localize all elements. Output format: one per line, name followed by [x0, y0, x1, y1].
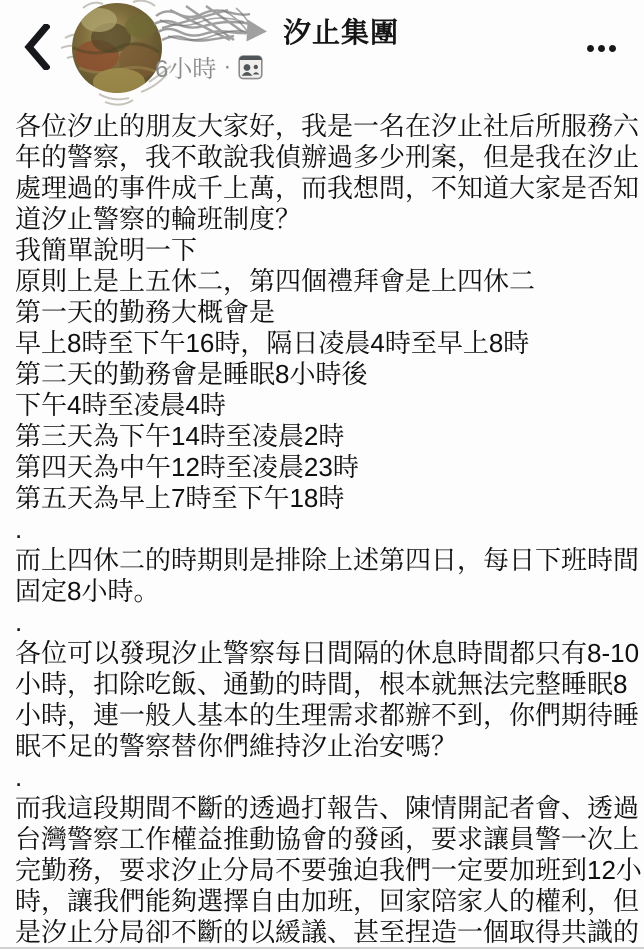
post-text-line: 時，讓我們能夠選擇自由加班，回家陪家人的權利，但 — [15, 886, 644, 917]
post-text-line: 第五天為早上7時至下午18時 — [15, 483, 644, 514]
post-text-line: 第三天為下午14時至凌晨2時 — [15, 421, 644, 452]
redacted-author-name — [152, 2, 260, 52]
avatar-paint-patches — [73, 8, 159, 96]
post-text-line: 早上8時至下午16時，隔日凌晨4時至早上8時 — [15, 328, 644, 359]
shared-to-arrow-icon — [246, 19, 267, 42]
post-text-line: 而上四休二的時期則是排除上述第四日，每日下班時間 — [15, 545, 644, 576]
post-text-line: 小時，扣除吃飯、通勤的時間，根本就無法完整睡眠8 — [15, 669, 644, 700]
ellipsis-dot — [587, 45, 594, 52]
post-text-line: 年的警察，我不敢說我偵辦過多少刑案，但是我在汐止 — [15, 142, 644, 173]
post-text-line: 第二天的勤務會是睡眠8小時後 — [15, 359, 644, 390]
post-text-line: 處理過的事件成千上萬，而我想問，不知道大家是否知 — [15, 173, 644, 204]
post-text-line: 我簡單說明一下 — [15, 235, 644, 266]
post-text-line: 是汐止分局卻不斷的以緩議、甚至捏造一個取得共識的 — [15, 917, 644, 948]
post-text-line: 各位汐止的朋友大家好，我是一名在汐止社后所服務六 — [15, 111, 644, 142]
post-text-line: . — [15, 607, 644, 638]
timestamp: 6小時 — [155, 49, 216, 84]
more-options-button[interactable] — [583, 41, 620, 56]
group-name-link[interactable]: 汐止集團 — [283, 11, 399, 51]
post-text-line: 小時，連一般人基本的生理需求都辦不到，你們期待睡 — [15, 700, 644, 731]
post-text-line: 第一天的勤務大概會是 — [15, 297, 644, 328]
post-text-line: 台灣警察工作權益推動協會的發函，要求讓員警一次上 — [15, 824, 644, 855]
post-text-line: . — [15, 762, 644, 793]
ellipsis-dot — [609, 45, 616, 52]
post-text-line: 原則上是上五休二，第四個禮拜會是上四休二 — [15, 266, 644, 297]
post-text-line: . — [15, 514, 644, 545]
post-text-line: 完勤務，要求汐止分局不要強迫我們一定要加班到12小 — [15, 855, 644, 886]
meta-dot-separator: · — [223, 53, 231, 81]
post-text-line: 下午4時至凌晨4時 — [15, 390, 644, 421]
back-icon[interactable] — [24, 24, 50, 70]
post-text-line: 而我這段期間不斷的透過打報告、陳情開記者會、透過 — [15, 793, 644, 824]
ellipsis-dot — [598, 45, 605, 52]
post-text-line: 眠不足的警察替你們維持汐止治安嗎？ — [15, 731, 644, 762]
post-text-line: 各位可以發現汐止警察每日間隔的休息時間都只有8-10 — [15, 638, 644, 669]
post-text-line: 道汐止警察的輪班制度？ — [15, 204, 644, 235]
post-body: 各位汐止的朋友大家好，我是一名在汐止社后所服務六年的警察，我不敢說我偵辦過多少刑… — [15, 111, 644, 948]
post-text-line: 第四天為中午12時至凌晨23時 — [15, 452, 644, 483]
post-header: 汐止集團 6小時 · — [0, 0, 644, 108]
post-meta: 6小時 · — [155, 49, 263, 84]
facebook-post-screen: 汐止集團 6小時 · 各位汐止的朋友大家好，我是一名在汐止社后所服務六年的警察，… — [0, 0, 644, 949]
group-privacy-icon — [238, 54, 263, 80]
post-text-line: 固定8小時。 — [15, 576, 644, 607]
